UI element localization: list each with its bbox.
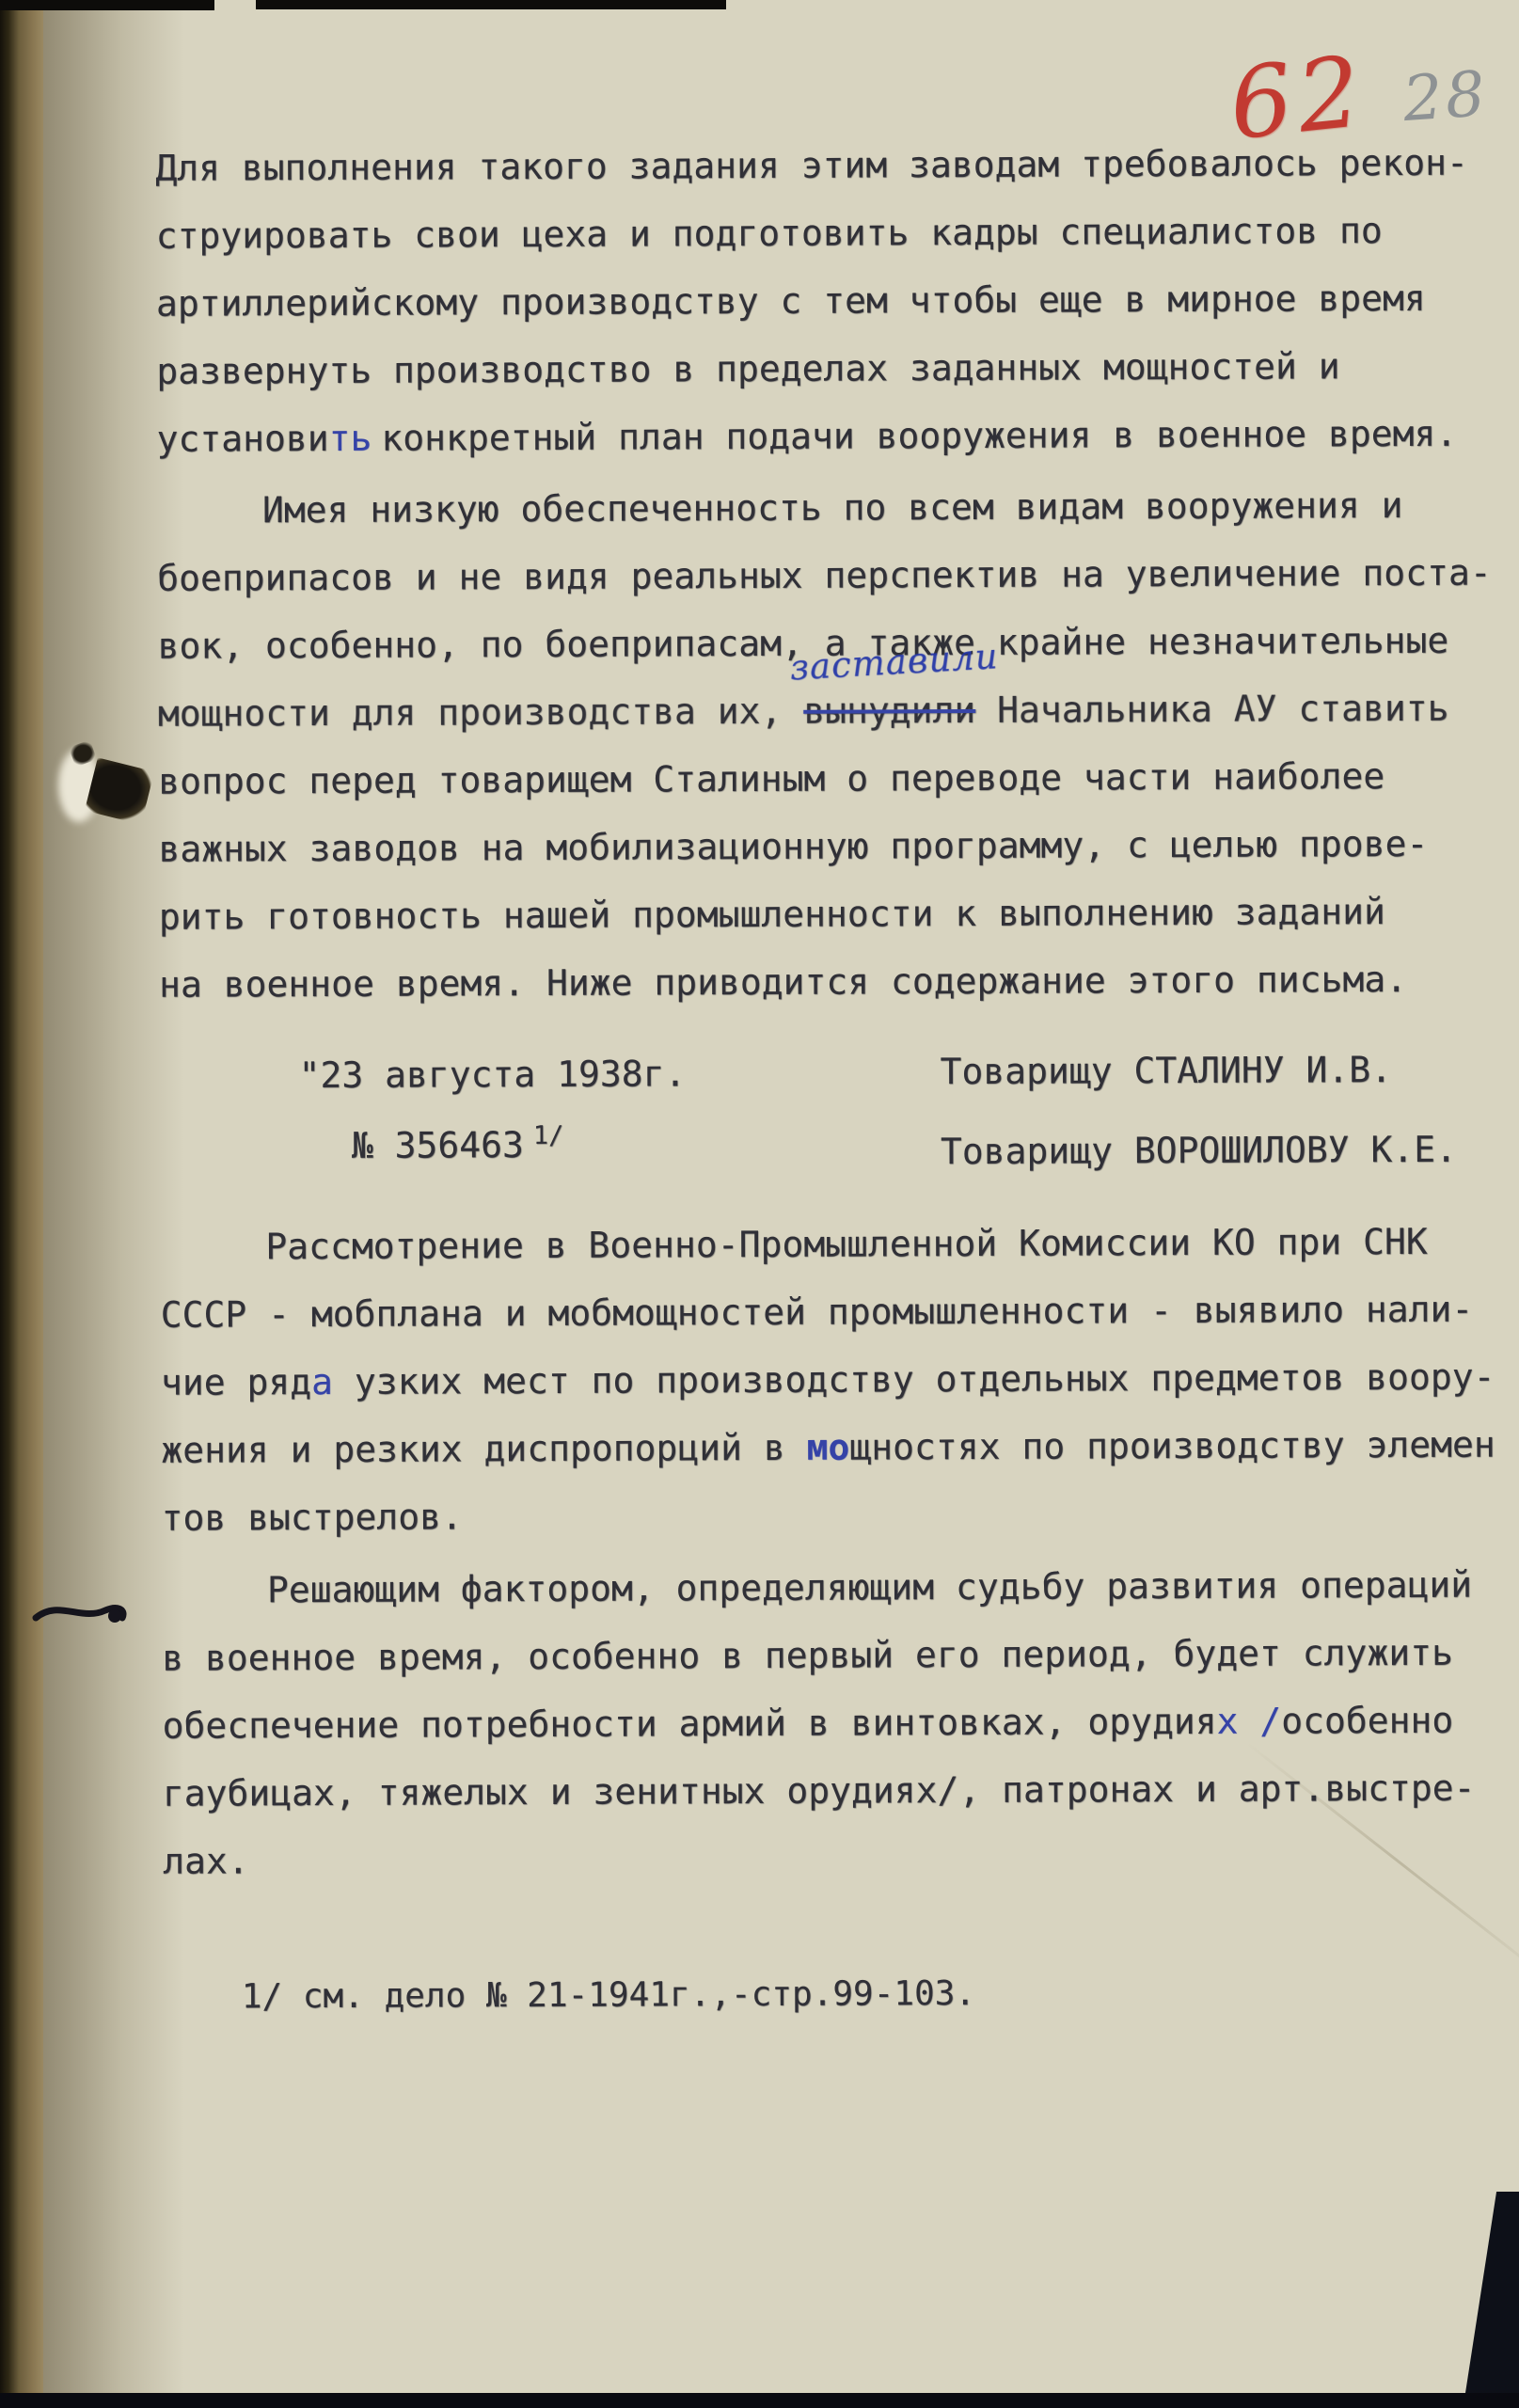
letter-date-line: "23 августа 1938г. [298, 1042, 686, 1106]
letter-addressees-block: Товарищу СТАЛИНУ И.В. Товарищу ВОРОШИЛОВ… [940, 1043, 1457, 1178]
typewritten-line-with-ink-correction: жения и резких диспропорций в мощностях … [161, 1411, 1515, 1484]
typewritten-line: рить готовность нашей промышленности к в… [159, 878, 1513, 951]
addressee-line: Товарищу СТАЛИНУ И.В. [940, 1043, 1456, 1098]
line-text: особенно [1281, 1700, 1453, 1742]
struck-out-word: вынудилизаставили [803, 689, 975, 732]
typewritten-line-with-ink-correction: мощности для производства их, вынудилиза… [158, 674, 1512, 748]
typewritten-line: СССР - мобплана и мобмощностей промышлен… [160, 1275, 1514, 1349]
line-text: мощности для производства их, [158, 690, 804, 735]
typewritten-line: Рассмотрение в Военно-Промышленной Комис… [160, 1208, 1514, 1281]
document-page: 62 28 Для выполнения такого задания этим… [0, 0, 1519, 2408]
footnote-line: 1/ см. дело № 21-1941г.,-стр.99-103. [242, 1960, 976, 2031]
typewritten-line: вопрос перед товарищем Сталиным о перево… [158, 742, 1512, 816]
footnote-block: 1/ см. дело № 21-1941г.,-стр.99-103. [242, 1960, 976, 2031]
line-text: Начальника АУ ставить [975, 688, 1449, 731]
typewritten-line: лах. [163, 1822, 1517, 1895]
line-text: узких мест по производству отдельных пре… [333, 1356, 1495, 1402]
blue-ink-insertion: х / [1216, 1701, 1281, 1742]
paragraph-2: Имея низкую обеспеченность по всем видам… [157, 471, 1513, 1019]
blue-ink-insertion: а [311, 1361, 333, 1402]
line-text: чие ряд [161, 1361, 311, 1403]
typewritten-line-with-ink-correction: установитьконкретный план подачи вооруже… [156, 400, 1511, 473]
typewritten-line: Имея низкую обеспеченность по всем видам… [157, 471, 1511, 545]
line-text: обеспечение потребности армий в винтовка… [162, 1701, 1216, 1747]
line-text: установи [156, 418, 328, 460]
letter-number-line: № 3564631/ [299, 1104, 687, 1168]
letter-number: № 356463 [352, 1124, 524, 1166]
paragraph-1: Для выполнения такого задания этим завод… [155, 129, 1511, 473]
blue-ink-insertion: ть [329, 418, 372, 459]
typewritten-line-with-ink-correction: обеспечение потребности армий в винтовка… [162, 1687, 1516, 1760]
paragraph-4: Решающим фактором, определяющим судьбу р… [162, 1551, 1518, 1895]
typewritten-text-layer: Для выполнения такого задания этим завод… [0, 0, 1519, 2408]
blue-ink-overwrite: мо [807, 1427, 850, 1468]
struck-word-text: вынудили [803, 689, 975, 732]
line-text: конкретный план подачи вооружения в воен… [381, 413, 1457, 459]
typewritten-line: Решающим фактором, определяющим судьбу р… [162, 1551, 1516, 1624]
line-text: щностях по производству элемен [849, 1424, 1495, 1468]
typewritten-line: важных заводов на мобилизационную програ… [158, 810, 1512, 883]
typewritten-line: тов выстрелов. [161, 1479, 1515, 1552]
handwritten-correction: заставили [789, 639, 1000, 686]
typewritten-line-with-ink-correction: чие ряда узких мест по производству отде… [161, 1343, 1515, 1417]
footnote-reference-superscript: 1/ [533, 1121, 564, 1150]
typewritten-line: артиллерийскому производству с тем чтобы… [156, 264, 1511, 338]
typewritten-line: гаубицах, тяжелых и зенитных орудиях/, п… [163, 1754, 1517, 1828]
typewritten-line: на военное время. Ниже приводится содерж… [159, 945, 1513, 1019]
typewritten-line: струировать свои цеха и подготовить кадр… [155, 197, 1510, 270]
typewritten-line: Для выполнения такого задания этим завод… [155, 129, 1510, 202]
line-text: жения и резких диспропорций в [161, 1427, 807, 1471]
typewritten-line: боеприпасов и не видя реальных перспекти… [157, 539, 1511, 612]
typewritten-line: в военное время, особенно в первый его п… [162, 1619, 1516, 1692]
addressee-line: Товарищу ВОРОШИЛОВУ К.Е. [941, 1123, 1457, 1178]
typewritten-line: развернуть производство в пределах задан… [156, 332, 1511, 405]
letter-date-block: "23 августа 1938г. № 3564631/ [298, 1042, 686, 1168]
paragraph-3: Рассмотрение в Военно-Промышленной Комис… [160, 1208, 1516, 1552]
